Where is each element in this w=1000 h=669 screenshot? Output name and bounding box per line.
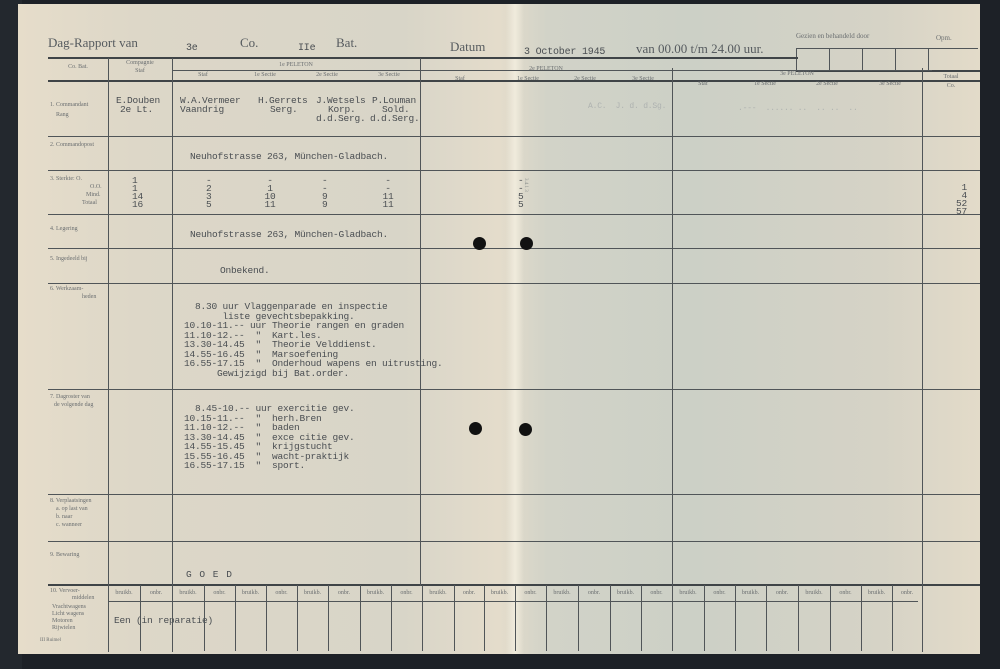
- strength-company: 1 1 14 16: [132, 177, 143, 209]
- strength-p1-staf: - 2 3 5: [206, 177, 212, 209]
- rule: [172, 58, 173, 652]
- signature-box[interactable]: [862, 48, 863, 70]
- p1-s1-rank: Serg.: [270, 105, 298, 114]
- col-unusable: onbr.: [830, 590, 861, 596]
- rule: [108, 58, 109, 652]
- col-company-staff-2: Staf: [108, 68, 172, 74]
- strength-p1-s3: - - 11 11: [380, 177, 396, 209]
- rule: [48, 283, 980, 284]
- col-unusable: onbr.: [204, 590, 235, 596]
- col-p3-sectie2: 2e Sectie: [796, 81, 858, 87]
- row3-label-o: 3. Sterkte: O.: [50, 176, 82, 182]
- footer-code: III Ruimel: [40, 638, 61, 643]
- col-unusable: onbr.: [578, 590, 610, 596]
- remarks-label: Opm.: [936, 34, 952, 42]
- rule: [672, 68, 673, 586]
- col-peleton-2: 2e PELETON: [420, 66, 672, 72]
- col-p2-sectie1: 1e Sectie: [500, 76, 556, 82]
- col-p1-sectie1: 1e Sectie: [234, 72, 296, 78]
- p1-s3-acting: d.d.Serg.: [370, 114, 420, 123]
- date-value: 3 October 1945: [524, 48, 605, 57]
- col-total-2: Co.: [922, 83, 980, 89]
- row8-label-b: b. naar: [56, 514, 72, 520]
- row1-label-2: Rang: [56, 112, 69, 118]
- rule: [48, 494, 980, 495]
- row4-label: 4. Legering: [50, 226, 78, 232]
- row10-light-vehicles: Licht wagens: [52, 611, 84, 617]
- signature-box[interactable]: [796, 48, 797, 70]
- row10-motorcycles: Motoren: [52, 618, 73, 624]
- row3-label-total: Totaal: [82, 200, 97, 206]
- row5-label: 5. Ingedeeld bij: [50, 256, 88, 262]
- row6-label-2: heden: [82, 294, 96, 300]
- remarks-box[interactable]: [928, 48, 929, 70]
- col-unusable: onbr.: [266, 590, 297, 596]
- ghost-text: .--- ...... .. .. .. ..: [738, 104, 858, 113]
- col-usable: bruikb.: [108, 590, 140, 596]
- p1-staf-rank: Vaandrig: [180, 105, 224, 114]
- strength-total: 1 4 52 57: [953, 184, 967, 216]
- col-usable: bruikb.: [360, 590, 391, 596]
- rule: [48, 57, 798, 59]
- col-p1-sectie3: 3e Sectie: [358, 72, 420, 78]
- rule: [48, 248, 980, 249]
- row8-label-c: c. wanneer: [56, 522, 82, 528]
- rule: [48, 541, 980, 542]
- row3-label-oo: O.O.: [90, 184, 102, 190]
- time-range: van 00.00 t/m 24.00 uur.: [636, 41, 763, 57]
- paper-fold: [506, 4, 524, 654]
- col-unusable: onbr.: [140, 590, 172, 596]
- col-unusable: onbr.: [328, 590, 360, 596]
- col-usable: bruikb.: [735, 590, 766, 596]
- col-usable: bruikb.: [546, 590, 578, 596]
- col-usable: bruikb.: [422, 590, 454, 596]
- col-usable: bruikb.: [484, 590, 515, 596]
- rule: [922, 585, 923, 651]
- col-unusable: onbr.: [391, 590, 422, 596]
- col-unusable: onbr.: [704, 590, 735, 596]
- col-company-staff-1: Compagnie: [108, 60, 172, 66]
- row10-label: 10. Vervoer-: [50, 588, 80, 594]
- rule: [48, 170, 980, 171]
- company-label: Co.: [240, 35, 258, 51]
- form-title: Dag-Rapport van: [48, 35, 138, 51]
- strength-p1-s2: - - 9 9: [322, 177, 328, 209]
- rule: [48, 584, 980, 586]
- col-p3-sectie3: 3e Sectie: [858, 81, 922, 87]
- assigned-value: Onbekend.: [220, 266, 270, 275]
- col-usable: bruikb.: [861, 590, 892, 596]
- col-p2-sectie2: 2e Sectie: [556, 76, 614, 82]
- col-unusable: onbr.: [454, 590, 484, 596]
- rule: [48, 389, 980, 390]
- battalion-label: Bat.: [336, 35, 357, 51]
- col-p2-staf: Staf: [420, 76, 500, 82]
- col-p1-staf: Staf: [172, 72, 234, 78]
- row8-label-a: a. op last van: [56, 506, 88, 512]
- company-commander-rank: 2e Lt.: [120, 105, 153, 114]
- row8-label: 8. Verplaatsingen: [50, 498, 92, 504]
- col-p1-sectie2: 2e Sectie: [296, 72, 358, 78]
- margin-stamp: 3.4.1 3: [523, 178, 528, 192]
- row7-label-2: de volgende dag: [54, 402, 93, 408]
- company-value: 3e: [186, 44, 198, 53]
- rule: [48, 136, 980, 137]
- punch-hole: [469, 422, 482, 435]
- daily-report-form: Dag-Rapport van 3e Co. IIe Bat. Datum 3 …: [18, 4, 980, 654]
- col-peleton-3: 3e PELETON: [672, 71, 922, 77]
- col-unusable: onbr.: [892, 590, 922, 596]
- signature-boxes-top: [796, 48, 978, 49]
- row9-label: 9. Bewaring: [50, 552, 79, 558]
- custody-value: G O E D: [186, 570, 233, 579]
- rule: [108, 601, 918, 602]
- col-unusable: onbr.: [766, 590, 798, 596]
- col-usable: bruikb.: [798, 590, 830, 596]
- row10-trucks: Vrachtwagens: [52, 604, 86, 610]
- activities-list: 8.30 uur Vlaggenparade en inspectie list…: [184, 302, 443, 378]
- ghost-text: A.C. J. d. d.Sg.: [588, 102, 666, 111]
- battalion-value: IIe: [298, 44, 315, 53]
- punch-hole: [519, 423, 532, 436]
- row10-label-2: middelen: [72, 595, 94, 601]
- col-p2-sectie3: 3e Sectie: [614, 76, 672, 82]
- punch-hole: [473, 237, 486, 250]
- row1-label: 1. Commandant: [50, 102, 88, 108]
- row10-bicycles: Rijwielen: [52, 625, 75, 631]
- col-usable: bruikb.: [672, 590, 704, 596]
- billeting-value: Neuhofstrasse 263, München-Gladbach.: [190, 230, 388, 239]
- col-p3-staf: Staf: [672, 81, 734, 87]
- rule: [48, 214, 980, 215]
- seen-label: Gezien en behandeld door: [796, 32, 869, 40]
- row3-label-mind: Mind.: [86, 192, 101, 198]
- col-usable: bruikb.: [172, 590, 204, 596]
- date-label: Datum: [450, 39, 485, 55]
- vehicles-value: Een (in reparatie): [114, 616, 213, 625]
- signature-box[interactable]: [829, 48, 830, 70]
- col-p3-sectie1: 1e Sectie: [734, 81, 796, 87]
- row6-label: 6. Werkzaam-: [50, 286, 83, 292]
- col-usable: bruikb.: [297, 590, 328, 596]
- col-co-bat: Co. Bat.: [48, 64, 108, 70]
- strength-p1-s1: - 1 10 11: [262, 177, 278, 209]
- signature-box[interactable]: [895, 48, 896, 70]
- col-usable: bruikb.: [235, 590, 266, 596]
- rule: [922, 68, 923, 652]
- col-unusable: onbr.: [641, 590, 672, 596]
- col-total-1: Totaal: [922, 74, 980, 80]
- row7-label: 7. Dagroster van: [50, 394, 90, 400]
- col-unusable: onbr.: [515, 590, 546, 596]
- col-usable: bruikb.: [610, 590, 641, 596]
- punch-hole: [520, 237, 533, 250]
- command-post-value: Neuhofstrasse 263, München-Gladbach.: [190, 152, 388, 161]
- row2-label: 2. Commandopost: [50, 142, 94, 148]
- p1-s2-acting: d.d.Serg.: [316, 114, 366, 123]
- schedule-list: 8.45-10.-- uur exercitie gev. 10.15-11.-…: [184, 404, 355, 471]
- col-peleton-1: 1e PELETON: [172, 62, 420, 68]
